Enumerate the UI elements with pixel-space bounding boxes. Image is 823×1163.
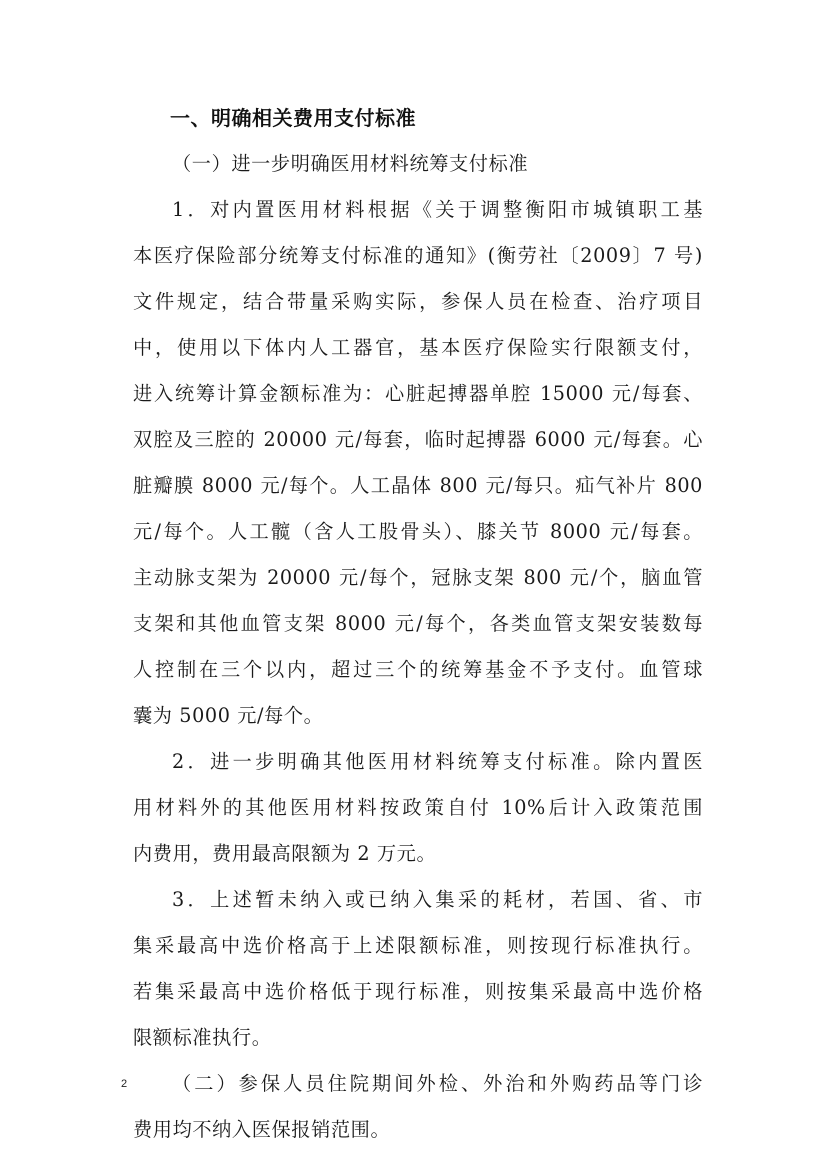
- paragraph-line: 本医疗保险部分统筹支付标准的通知》(衡劳社〔2009〕7 号): [133, 242, 703, 270]
- paragraph-line: 用材料外的其他医用材料按政策自付 10%后计入政策范围: [133, 794, 703, 822]
- paragraph-line: 集采最高中选价格高于上述限额标准，则按现行标准执行。: [133, 932, 703, 960]
- paragraph-line: 1．对内置医用材料根据《关于调整衡阳市城镇职工基: [172, 196, 703, 224]
- paragraph-line: 2．进一步明确其他医用材料统筹支付标准。除内置医: [172, 748, 703, 776]
- paragraph-line: 人控制在三个以内，超过三个的统筹基金不予支付。血管球: [133, 656, 703, 684]
- document-page: 一、明确相关费用支付标准 （一）进一步明确医用材料统筹支付标准 1．对内置医用材…: [0, 0, 823, 1163]
- paragraph-line: 囊为 5000 元/每个。: [133, 702, 703, 730]
- paragraph-line: （二）参保人员住院期间外检、外治和外购药品等门诊: [172, 1070, 703, 1098]
- page-number: 2: [121, 1078, 127, 1090]
- paragraph-line: 中，使用以下体内人工器官，基本医疗保险实行限额支付，: [133, 334, 703, 362]
- paragraph-line: 3．上述暂未纳入或已纳入集采的耗材，若国、省、市: [172, 886, 703, 914]
- paragraph-line: 支架和其他血管支架 8000 元/每个，各类血管支架安装数每: [133, 610, 703, 638]
- section-heading: 一、明确相关费用支付标准: [170, 104, 416, 132]
- paragraph-line: 元/每个。人工髋（含人工股骨头）、膝关节 8000 元/每套。: [133, 518, 703, 546]
- paragraph-line: 脏瓣膜 8000 元/每个。人工晶体 800 元/每只。疝气补片 800: [133, 472, 703, 500]
- paragraph-line: 若集采最高中选价格低于现行标准，则按集采最高中选价格: [133, 978, 703, 1006]
- paragraph-line: 内费用，费用最高限额为 2 万元。: [133, 840, 703, 868]
- paragraph-line: 费用均不纳入医保报销范围。: [133, 1116, 703, 1144]
- paragraph-line: 进入统筹计算金额标准为：心脏起搏器单腔 15000 元/每套、: [133, 380, 703, 408]
- subsection-title-1: （一）进一步明确医用材料统筹支付标准: [172, 150, 703, 178]
- paragraph-line: 主动脉支架为 20000 元/每个，冠脉支架 800 元/个，脑血管: [133, 564, 703, 592]
- paragraph-line: 双腔及三腔的 20000 元/每套，临时起搏器 6000 元/每套。心: [133, 426, 703, 454]
- paragraph-line: 限额标准执行。: [133, 1024, 703, 1052]
- paragraph-line: 文件规定，结合带量采购实际，参保人员在检查、治疗项目: [133, 288, 703, 316]
